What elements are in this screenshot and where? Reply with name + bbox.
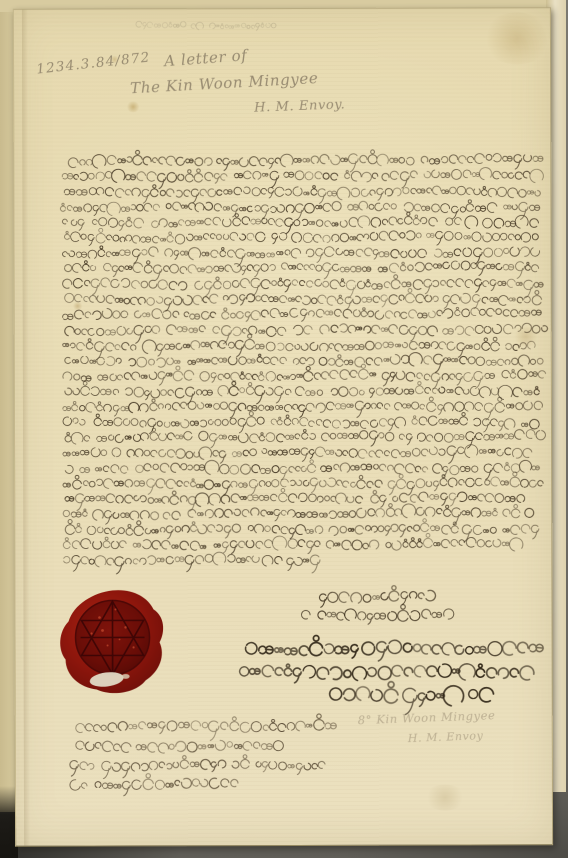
document-photo: 1234.3.84/872 A letter of The Kin Woon M… xyxy=(0,0,568,858)
red-wax-seal xyxy=(55,587,169,699)
seal-white-speck xyxy=(122,674,130,679)
letter-paper: 1234.3.84/872 A letter of The Kin Woon M… xyxy=(13,7,553,846)
